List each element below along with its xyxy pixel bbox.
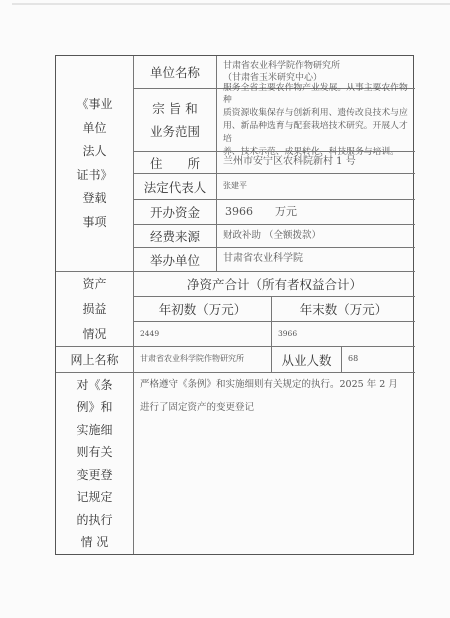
- side-label-line: 证书》: [76, 164, 112, 188]
- side-label-line: 记规定: [76, 486, 112, 509]
- address-value: 兰州市安宁区农科院新村 1 号: [216, 151, 415, 173]
- registration-table: 《事业 单位 法人 证书》 登载 事项 单位名称 甘肃省农业科学院作物研究所 （…: [55, 55, 414, 555]
- net-assets-header: 净资产合计（所有者权益合计）: [133, 271, 415, 296]
- compliance-value: 严格遵守《条例》和实施细则有关规定的执行。2025 年 2 月 进行了固定资产的…: [133, 372, 415, 554]
- value-line: 严格遵守《条例》和实施细则有关规定的执行。2025 年 2 月: [140, 373, 398, 396]
- year-start-header: 年初数（万元）: [133, 296, 271, 321]
- side-label-line: 则有关: [76, 441, 112, 464]
- online-name-label: 网上名称: [56, 346, 133, 372]
- legal-rep-label: 法定代表人: [133, 173, 216, 199]
- side-label-line: 例》和: [76, 396, 112, 419]
- capital-label: 开办资金: [133, 199, 216, 224]
- side-label-line: 情 况: [81, 531, 109, 554]
- side-label-line: 的执行: [76, 509, 112, 532]
- label-line: 宗 旨 和: [152, 97, 197, 120]
- side-label-line: 《事业: [76, 93, 112, 117]
- funding-label: 经费来源: [133, 224, 216, 247]
- purpose-label: 宗 旨 和 业务范围: [133, 88, 216, 151]
- value-line: 用、新品种选育与配套栽培技术研究。开展人才培: [223, 120, 415, 146]
- staff-count-value: 68: [341, 346, 415, 372]
- staff-count-label: 从业人数: [271, 346, 341, 372]
- side-label-line: 情况: [82, 322, 106, 347]
- sponsor-label: 举办单位: [133, 247, 216, 271]
- side-label-line: 法人: [82, 140, 106, 164]
- value-line: 服务全省主要农作物产业发展。从事主要农作物种: [223, 82, 415, 108]
- online-name-value: 甘肃省农业科学院作物研究所: [133, 346, 271, 372]
- side-label-line: 变更登: [76, 464, 112, 487]
- unit-name-label: 单位名称: [133, 56, 216, 88]
- capital-value: 3966 万元: [216, 199, 415, 224]
- page-edge: [12, 3, 450, 5]
- value-line: 甘肃省农业科学院作物研究所: [223, 60, 340, 73]
- year-end-value: 3966: [271, 321, 415, 346]
- side-label-line: 登载: [82, 187, 106, 211]
- address-label: 住 所: [133, 151, 216, 173]
- legal-rep-value: 张建平: [216, 173, 415, 199]
- certificate-side-label: 《事业 单位 法人 证书》 登载 事项: [56, 56, 133, 271]
- assets-side-label: 资产 损益 情况: [56, 271, 133, 346]
- label-line: 业务范围: [150, 120, 200, 143]
- compliance-side-label: 对《条 例》和 实施细 则有关 变更登 记规定 的执行 情 况: [56, 372, 133, 554]
- side-label-line: 事项: [82, 211, 106, 235]
- side-label-line: 实施细: [76, 419, 112, 442]
- sponsor-value: 甘肃省农业科学院: [216, 247, 415, 271]
- funding-value: 财政补助 （全额拨款）: [216, 224, 415, 247]
- year-end-header: 年末数（万元）: [271, 296, 415, 321]
- value-line: 质资源收集保存与创新利用、遗传改良技术与应: [223, 107, 408, 120]
- side-label-line: 资产: [82, 272, 106, 297]
- side-label-line: 单位: [82, 117, 106, 141]
- value-line: 进行了固定资产的变更登记: [140, 396, 254, 419]
- side-label-line: 损益: [82, 297, 106, 322]
- purpose-value: 服务全省主要农作物产业发展。从事主要农作物种 质资源收集保存与创新利用、遗传改良…: [216, 88, 415, 151]
- year-start-value: 2449: [133, 321, 271, 346]
- side-label-line: 对《条: [76, 374, 112, 397]
